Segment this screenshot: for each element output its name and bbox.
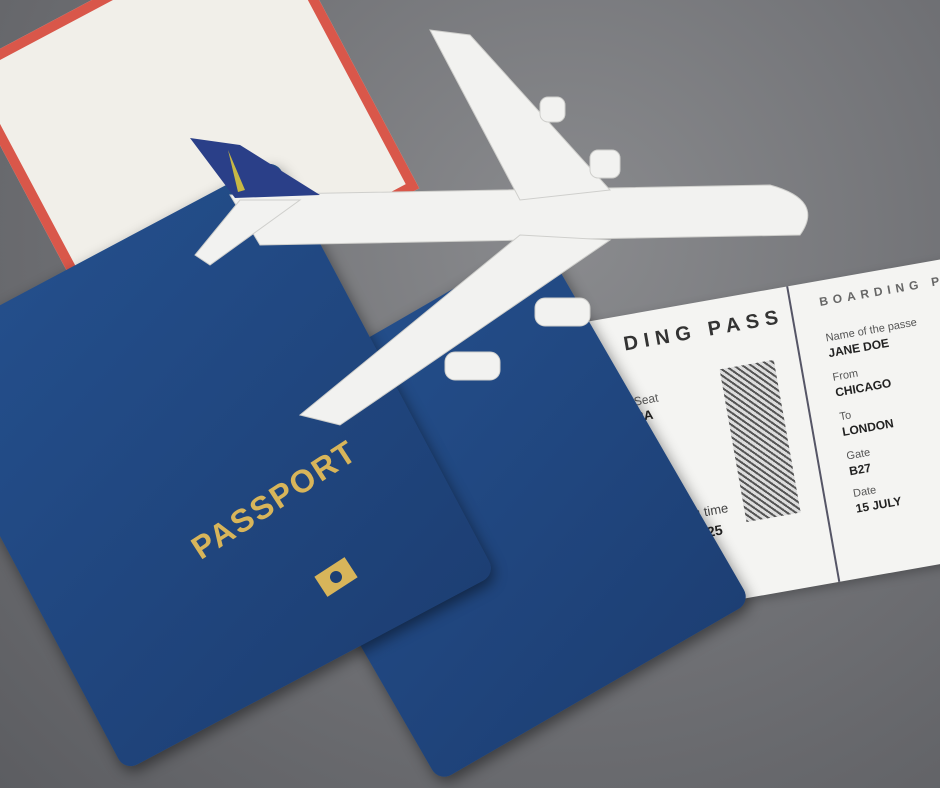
photo-scene: DING PASS BOARDING P Seat 2A arding time…	[0, 0, 940, 788]
toy-airplane-icon	[0, 0, 940, 788]
